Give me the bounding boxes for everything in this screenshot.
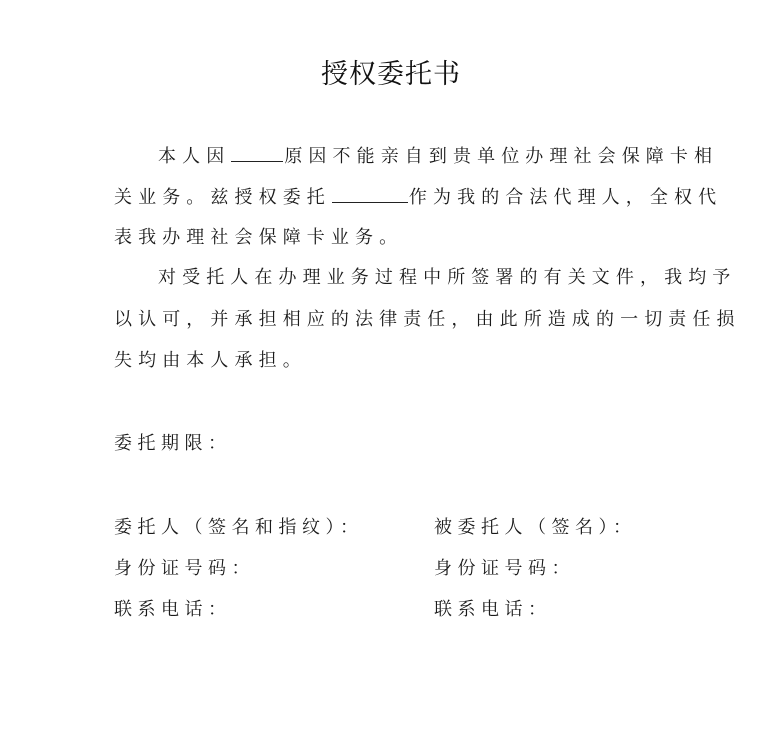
paragraph-1-line-2: 关业务。兹授权委托作为我的合法代理人，全权代 [114, 184, 674, 210]
paragraph-2-line-1: 对受托人在办理业务过程中所签署的有关文件，我均予 [114, 266, 674, 290]
agent-name-blank[interactable] [332, 184, 408, 203]
paragraph-2-line-3: 失均由本人承担。 [114, 349, 674, 373]
agent-phone-label: 联系电话： [434, 598, 552, 622]
text: 作为我的合法代理人，全权代 [409, 187, 722, 208]
principal-phone-label: 联系电话： [114, 598, 232, 622]
text: 原因不能亲自到贵单位办理社会保障卡相 [284, 146, 718, 167]
text: 关业务。兹授权委托 [114, 187, 331, 208]
paragraph-1-line-1: 本人因原因不能亲自到贵单位办理社会保障卡相 [114, 143, 674, 169]
principal-id-label: 身份证号码： [114, 557, 255, 581]
agent-signature-label: 被委托人（签名）： [434, 516, 637, 540]
text: 本人因 [158, 146, 230, 167]
term-label: 委托期限： [114, 432, 232, 456]
agent-id-label: 身份证号码： [434, 557, 575, 581]
paragraph-1-line-3: 表我办理社会保障卡业务。 [114, 226, 674, 250]
principal-signature-label: 委托人（签名和指纹）： [114, 516, 364, 540]
document-title: 授权委托书 [0, 52, 782, 91]
paragraph-2-line-2: 以认可，并承担相应的法律责任，由此所造成的一切责任损 [114, 308, 674, 332]
reason-blank[interactable] [231, 143, 283, 162]
